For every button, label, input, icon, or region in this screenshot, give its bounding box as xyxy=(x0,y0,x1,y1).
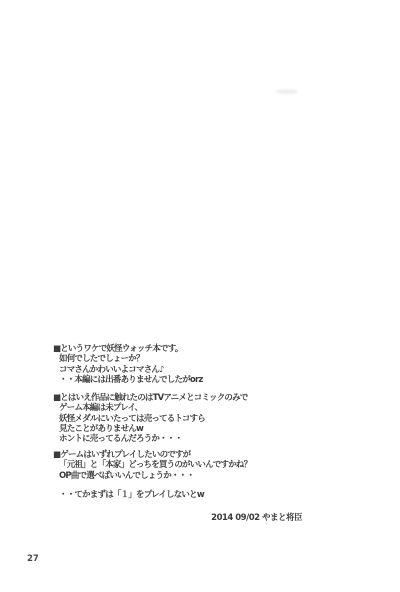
text-line: ■というワケで妖怪ウォッチ本です。 xyxy=(53,344,202,354)
text-line: 妖怪メダルにいたっては売ってるトコすら xyxy=(53,414,248,424)
text-line: ・・本編には出番ありませんでしたがorz xyxy=(53,375,202,385)
text-line: 如何でしたでしょーか？ xyxy=(53,354,202,364)
afterword-paragraph: ■とはいえ作品に触れたのはTVアニメとコミックのみで ゲーム本編は未プレイ、 妖… xyxy=(53,393,248,444)
text-line: ゲーム本編は未プレイ、 xyxy=(53,403,248,413)
scanned-document-page: ■というワケで妖怪ウォッチ本です。 如何でしたでしょーか？ コマさんかわいいよコ… xyxy=(0,0,400,592)
afterword-paragraph: ・・てかまずは「１」をプレイしないとw xyxy=(53,490,204,500)
text-line: 見たことがありませんw xyxy=(53,424,248,434)
text-line: ・・てかまずは「１」をプレイしないとw xyxy=(53,490,204,500)
text-line: 「元祖」と「本家」どっちを買うのがいいんですかね？ xyxy=(53,460,251,470)
text-line: コマさんかわいいよコマさん♪ xyxy=(53,365,202,375)
page-number: 27 xyxy=(27,554,39,564)
text-line: OP曲で選べばいいんでしょうか・・・ xyxy=(53,471,251,481)
text-line: ■とはいえ作品に触れたのはTVアニメとコミックのみで xyxy=(53,393,248,403)
text-line: ホントに売ってるんだろうか・・・ xyxy=(53,434,248,444)
scan-smudge-artifact xyxy=(276,89,298,94)
text-line: ■ゲームはいずれプレイしたいのですが xyxy=(53,450,251,460)
date-signature: 2014 09/02 やまと将臣 xyxy=(106,513,302,523)
afterword-paragraph: ■というワケで妖怪ウォッチ本です。 如何でしたでしょーか？ コマさんかわいいよコ… xyxy=(53,344,202,385)
afterword-paragraph: ■ゲームはいずれプレイしたいのですが 「元祖」と「本家」どっちを買うのがいいんで… xyxy=(53,450,251,481)
